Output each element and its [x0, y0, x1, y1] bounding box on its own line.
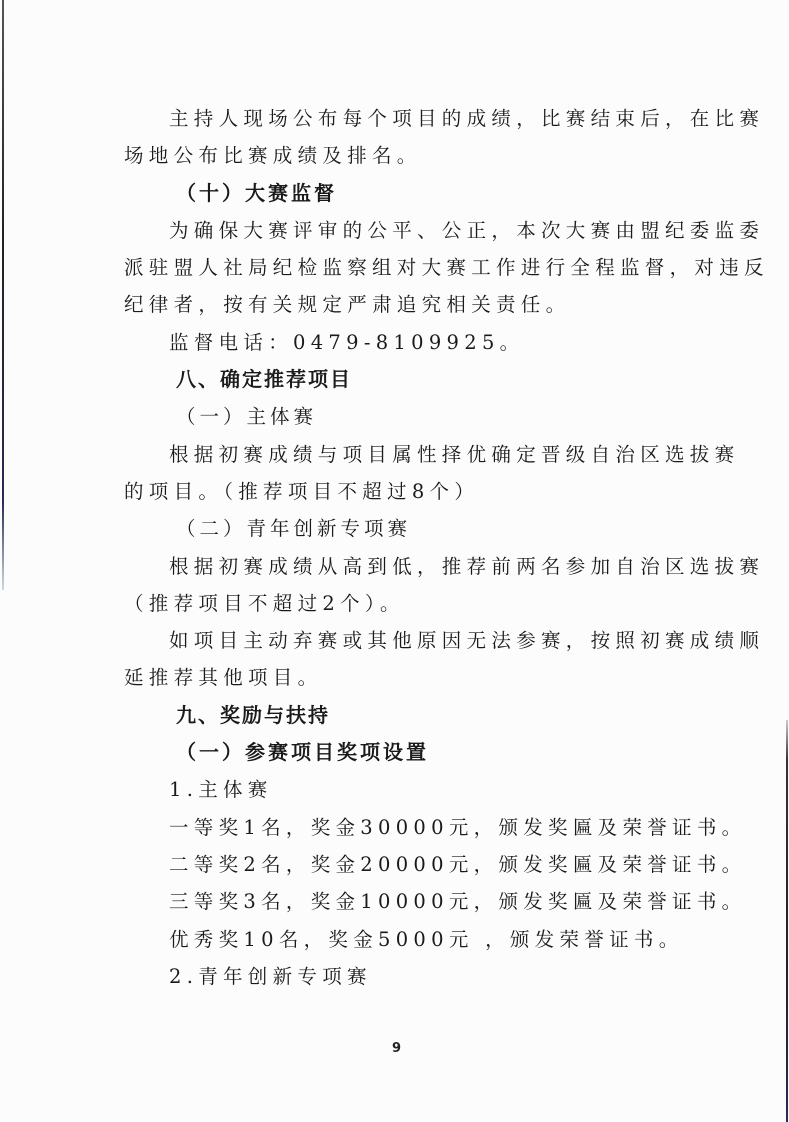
section-subheading-supervision: （十）大赛监督 — [124, 175, 674, 212]
paragraph-line: 纪律者，按有关规定严肃追究相关责任。 — [124, 286, 674, 323]
paragraph-line: 主持人现场公布每个项目的成绩，比赛结束后，在比赛 — [124, 100, 674, 137]
page-number: 9 — [392, 1041, 401, 1056]
paragraph-line: 如项目主动弃赛或其他原因无法参赛，按照初赛成绩顺 — [124, 622, 674, 659]
paragraph-line: 为确保大赛评审的公平、公正，本次大赛由盟纪委监委 — [124, 212, 674, 249]
award-first-prize: 一等奖1名，奖金30000元，颁发奖匾及荣誉证书。 — [124, 809, 674, 846]
paragraph-line: （推荐项目不超过2个）。 — [124, 585, 674, 622]
paragraph-line: 延推荐其他项目。 — [124, 659, 674, 696]
section-subheading-award-settings: （一）参赛项目奖项设置 — [124, 734, 674, 771]
supervision-phone-line: 监督电话：0479-8109925。 — [124, 324, 674, 361]
section-subheading-youth-innovation: （二）青年创新专项赛 — [124, 510, 674, 547]
award-second-prize: 二等奖2名，奖金20000元，颁发奖匾及荣誉证书。 — [124, 846, 674, 883]
section-heading-awards-support: 九、奖励与扶持 — [124, 697, 674, 734]
award-excellence-prize: 优秀奖10名，奖金5000元 ，颁发荣誉证书。 — [124, 921, 674, 958]
paragraph-line: 根据初赛成绩从高到低，推荐前两名参加自治区选拔赛 — [124, 548, 674, 585]
award-third-prize: 三等奖3名，奖金10000元，颁发奖匾及荣誉证书。 — [124, 883, 674, 920]
scan-edge-right — [786, 720, 788, 1122]
list-item-main-competition: 1.主体赛 — [124, 771, 674, 808]
section-subheading-main-competition: （一）主体赛 — [124, 398, 674, 435]
document-page-body: 主持人现场公布每个项目的成绩，比赛结束后，在比赛 场地公布比赛成绩及排名。 （十… — [124, 100, 674, 995]
paragraph-line: 派驻盟人社局纪检监察组对大赛工作进行全程监督，对违反 — [124, 249, 674, 286]
list-item-youth-innovation: 2.青年创新专项赛 — [124, 958, 674, 995]
paragraph-line: 根据初赛成绩与项目属性择优确定晋级自治区选拔赛 — [124, 436, 674, 473]
paragraph-line: 场地公布比赛成绩及排名。 — [124, 137, 674, 174]
section-heading-recommend-projects: 八、确定推荐项目 — [124, 361, 674, 398]
scan-edge-left — [2, 0, 4, 590]
paragraph-line: 的项目。（推荐项目不超过8个） — [124, 473, 674, 510]
